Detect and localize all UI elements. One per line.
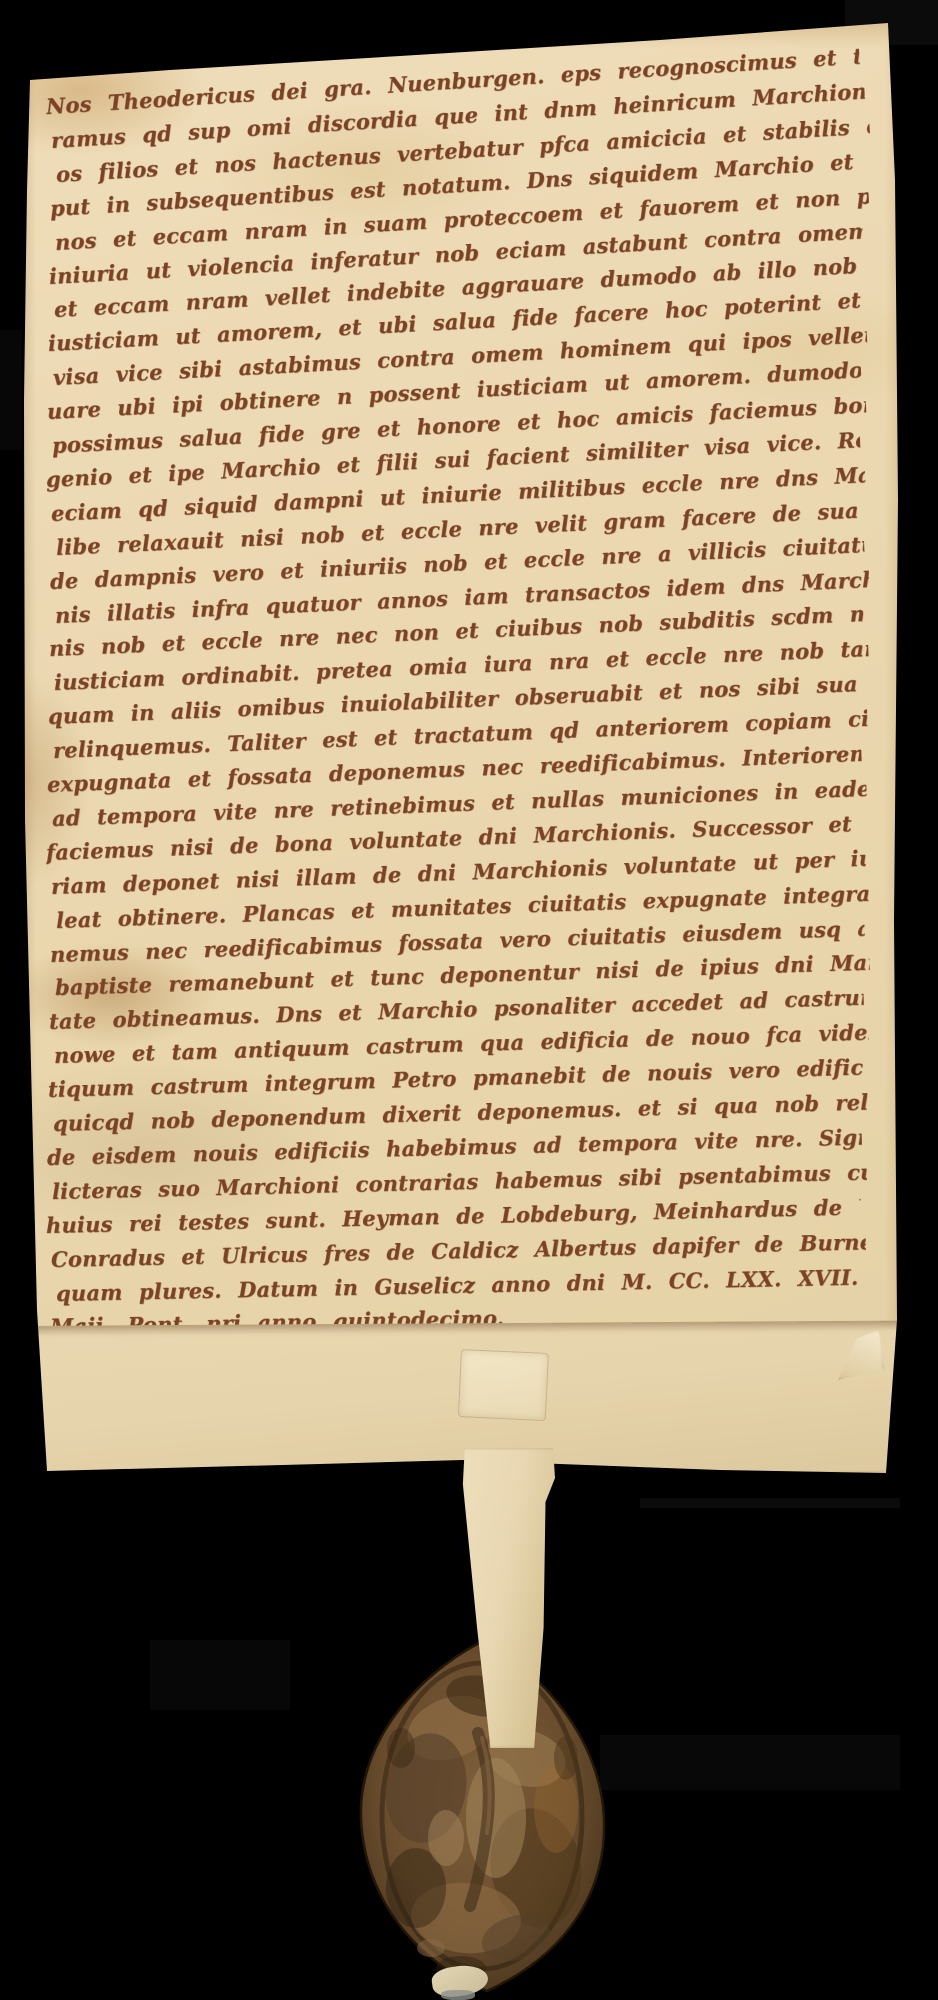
seal-tag-slit-patch <box>459 1350 548 1420</box>
folded-corner <box>838 1330 884 1380</box>
seal-tag-tip-shadow <box>441 1990 475 2000</box>
photo-artifact <box>600 1735 900 1790</box>
photo-background: Nos Theodericus dei gra. Nuenburgen. eps… <box>0 0 938 2000</box>
photo-artifact <box>0 330 22 450</box>
parchment-charter: Nos Theodericus dei gra. Nuenburgen. eps… <box>20 20 905 1475</box>
wax-seal-graphic <box>356 1638 609 1994</box>
photo-artifact <box>150 1640 290 1710</box>
manuscript-text: Nos Theodericus dei gra. Nuenburgen. eps… <box>20 20 905 1475</box>
plica-fold <box>20 1321 906 1476</box>
wax-seal <box>356 1638 609 1994</box>
photo-artifact <box>640 1498 900 1508</box>
